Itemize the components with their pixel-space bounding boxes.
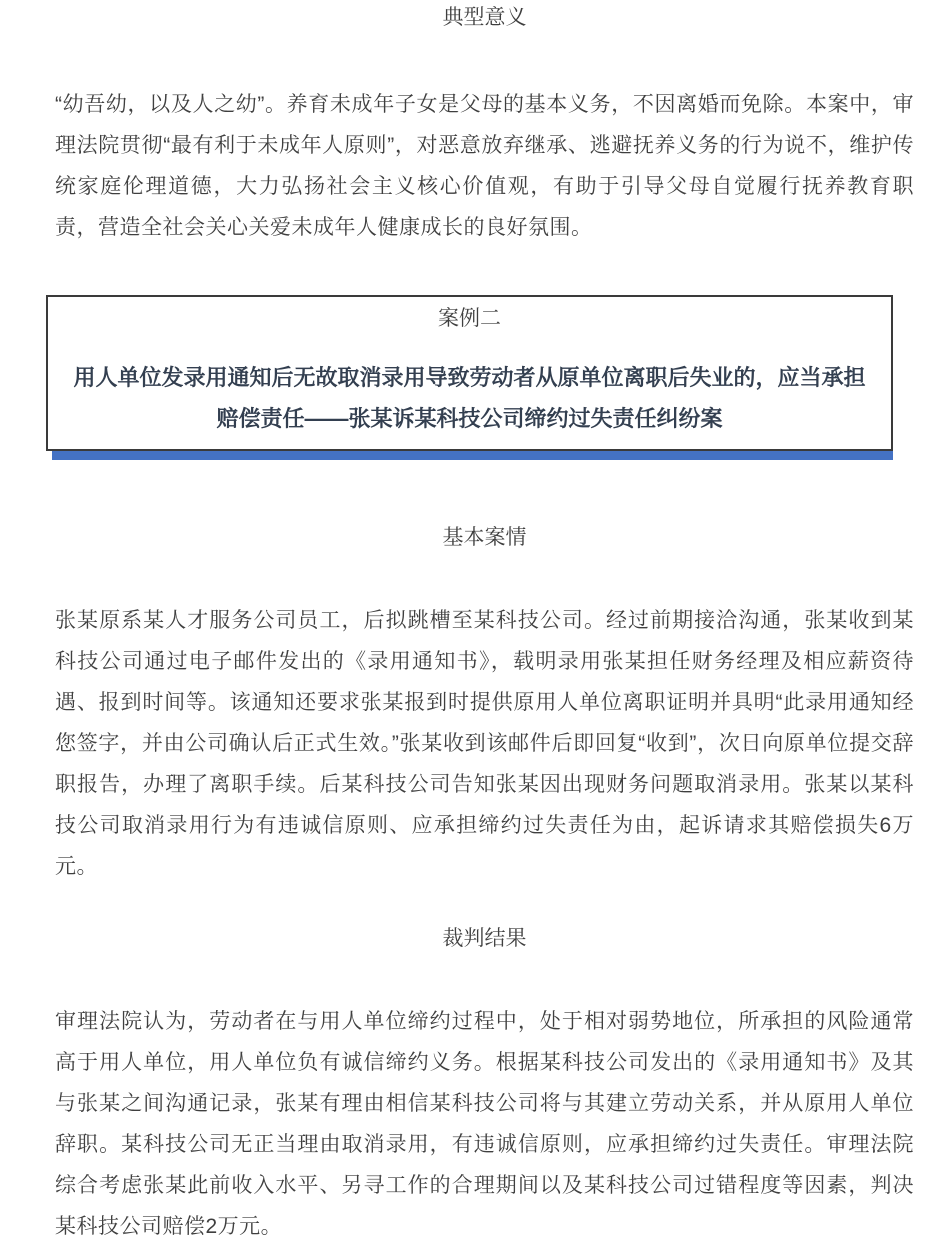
blue-accent-bar [52,451,893,460]
heading-basic-facts: 基本案情 [55,524,914,552]
case-box: 案例二 用人单位发录用通知后无故取消录用导致劳动者从原单位离职后失业的，应当承担… [46,295,893,451]
document-page: 典型意义 “幼吾幼，以及人之幼”。养育未成年子女是父母的基本义务，不因离婚而免除… [0,0,939,1251]
heading-typical-significance: 典型意义 [55,4,914,32]
para-basic-facts: 张某原系某人才服务公司员工，后拟跳槽至某科技公司。经过前期接洽沟通，张某收到某科… [55,600,914,887]
para-typical-significance: “幼吾幼，以及人之幼”。养育未成年子女是父母的基本义务，不因离婚而免除。本案中，… [55,84,914,248]
case-title: 用人单位发录用通知后无故取消录用导致劳动者从原单位离职后失业的，应当承担赔偿责任… [68,357,871,439]
para-judgment-result: 审理法院认为，劳动者在与用人单位缔约过程中，处于相对弱势地位，所承担的风险通常高… [55,1001,914,1247]
heading-judgment-result: 裁判结果 [55,925,914,953]
case-number-label: 案例二 [68,307,871,331]
